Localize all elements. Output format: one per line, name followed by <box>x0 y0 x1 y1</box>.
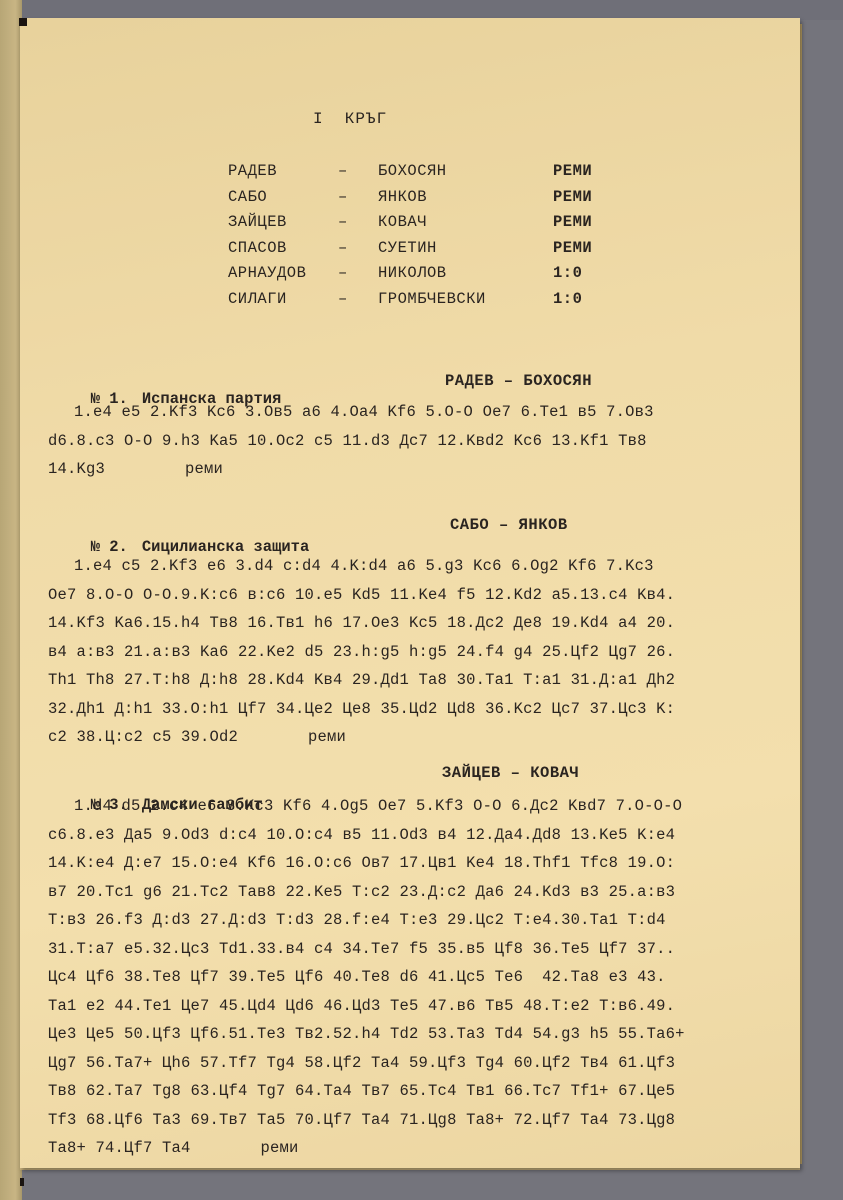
binding-edge <box>0 0 22 1200</box>
game-3-players: ЗАЙЦЕВ – КОВАЧ <box>442 764 579 782</box>
backdrop <box>22 0 843 20</box>
move-line: c6.8.e3 Дa5 9.Od3 d:c4 10.O:c4 в5 11.Od3… <box>48 821 788 850</box>
move-text: c2 38.Ц:c2 c5 39.Od2 <box>48 728 238 746</box>
move-line: 32.Дh1 Д:h1 33.O:h1 Цf7 34.Цe2 Цe8 35.Цd… <box>48 695 788 724</box>
dash: – <box>338 213 348 231</box>
move-line: 31.T:a7 e5.32.Цc3 Td1.33.в4 c4 34.Te7 f5… <box>48 935 788 964</box>
dash: – <box>338 188 348 206</box>
move-line: 1.e4 c5 2.Kf3 e6 3.d4 c:d4 4.K:d4 a6 5.g… <box>48 552 788 581</box>
game-3-moves: 1.d4 d5 2.c4 e6 3.Kc3 Kf6 4.Og5 Oe7 5.Kf… <box>48 792 788 1163</box>
move-line: 1.d4 d5 2.c4 e6 3.Kc3 Kf6 4.Og5 Oe7 5.Kf… <box>48 792 788 821</box>
move-line: d6.8.c3 O-O 9.h3 Ka5 10.Oc2 c5 11.d3 Дc7… <box>48 427 788 456</box>
move-text: Ta8+ 74.Цf7 Ta4 <box>48 1139 191 1157</box>
move-line: 14.K:e4 Д:e7 15.O:e4 Kf6 16.O:c6 Oв7 17.… <box>48 849 788 878</box>
move-line: Ta8+ 74.Цf7 Ta4реми <box>48 1134 788 1163</box>
dash: – <box>338 162 348 180</box>
move-line: Цg7 56.Ta7+ Цh6 57.Tf7 Tg4 58.Цf2 Ta4 59… <box>48 1049 788 1078</box>
result: РЕМИ <box>553 239 592 257</box>
move-line: Цc4 Цf6 38.Te8 Цf7 39.Te5 Цf6 40.Te8 d6 … <box>48 963 788 992</box>
game-2-players: САБО – ЯНКОВ <box>450 516 568 534</box>
corner-mark <box>20 1178 24 1186</box>
move-line: Цe3 Цe5 50.Цf3 Цf6.51.Te3 Tв2.52.h4 Td2 … <box>48 1020 788 1049</box>
white-player: АРНАУДОВ <box>228 264 306 282</box>
white-player: ЗАЙЦЕВ <box>228 213 287 231</box>
black-player: БОХОСЯН <box>378 162 447 180</box>
game-2-header: № 2.Сицилианска защита <box>72 520 309 556</box>
move-line: 1.e4 e5 2.Kf3 Kc6 3.Oв5 a6 4.Oa4 Kf6 5.O… <box>48 398 788 427</box>
dash: – <box>338 239 348 257</box>
game-result: реми <box>261 1139 299 1157</box>
game-1-players: РАДЕВ – БОХОСЯН <box>445 372 592 390</box>
move-line: 14.Kg3реми <box>48 455 788 484</box>
black-player: ГРОМБЧЕВСКИ <box>378 290 486 308</box>
result: 1:0 <box>553 290 582 308</box>
move-text: 14.Kg3 <box>48 460 105 478</box>
move-line: Ta1 e2 44.Te1 Цe7 45.Цd4 Цd6 46.Цd3 Te5 … <box>48 992 788 1021</box>
white-player: СПАСОВ <box>228 239 287 257</box>
move-line: Th1 Th8 27.T:h8 Д:h8 28.Kd4 Kв4 29.Дd1 T… <box>48 666 788 695</box>
game-1-moves: 1.e4 e5 2.Kf3 Kc6 3.Oв5 a6 4.Oa4 Kf6 5.O… <box>48 398 788 484</box>
move-line: Oe7 8.O-O O-O.9.K:c6 в:c6 10.e5 Kd5 11.K… <box>48 581 788 610</box>
corner-mark <box>19 18 27 26</box>
result: РЕМИ <box>553 162 592 180</box>
dash: – <box>338 290 348 308</box>
round-title: I КРЪГ <box>313 110 387 128</box>
move-line: 14.Kf3 Ka6.15.h4 Tв8 16.Tв1 h6 17.Oe3 Kc… <box>48 609 788 638</box>
dash: – <box>338 264 348 282</box>
black-player: НИКОЛОВ <box>378 264 447 282</box>
result: РЕМИ <box>553 213 592 231</box>
white-player: РАДЕВ <box>228 162 277 180</box>
move-line: Tf3 68.Цf6 Ta3 69.Tв7 Ta5 70.Цf7 Ta4 71.… <box>48 1106 788 1135</box>
result: РЕМИ <box>553 188 592 206</box>
move-line: в7 20.Tc1 g6 21.Tc2 Taв8 22.Ke5 T:c2 23.… <box>48 878 788 907</box>
result: 1:0 <box>553 264 582 282</box>
black-player: СУЕТИН <box>378 239 437 257</box>
black-player: КОВАЧ <box>378 213 427 231</box>
white-player: САБО <box>228 188 267 206</box>
white-player: СИЛАГИ <box>228 290 287 308</box>
move-line: Tв8 62.Ta7 Tg8 63.Цf4 Tg7 64.Ta4 Tв7 65.… <box>48 1077 788 1106</box>
black-player: ЯНКОВ <box>378 188 427 206</box>
game-2-moves: 1.e4 c5 2.Kf3 e6 3.d4 c:d4 4.K:d4 a6 5.g… <box>48 552 788 752</box>
move-line: c2 38.Ц:c2 c5 39.Od2реми <box>48 723 788 752</box>
move-line: в4 a:в3 21.a:в3 Ka6 22.Ke2 d5 23.h:g5 h:… <box>48 638 788 667</box>
game-result: реми <box>308 728 346 746</box>
move-line: T:в3 26.f3 Д:d3 27.Д:d3 T:d3 28.f:e4 T:e… <box>48 906 788 935</box>
game-result: реми <box>185 460 223 478</box>
